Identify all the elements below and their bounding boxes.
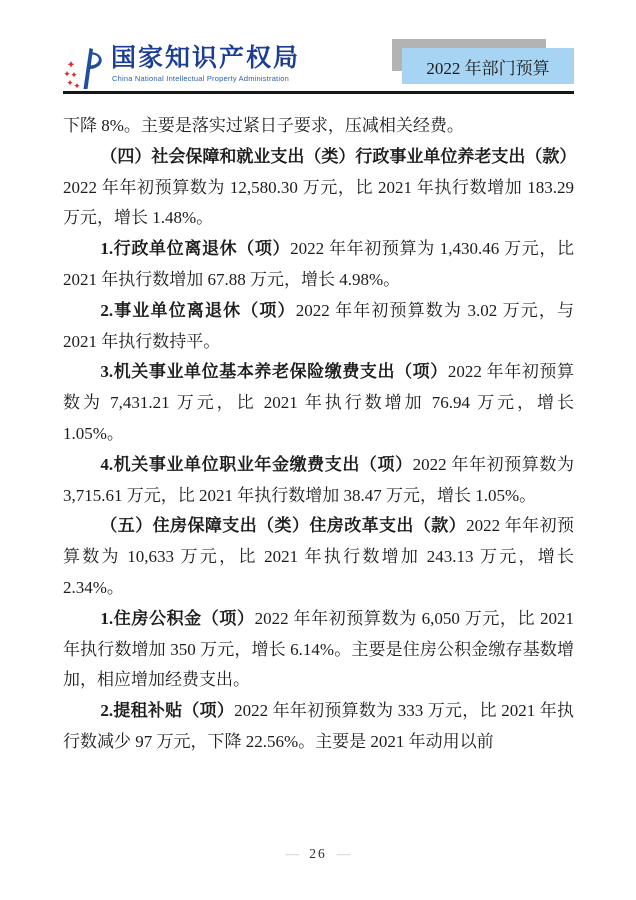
paragraph-heading-bold: 1.住房公积金（项） xyxy=(100,609,254,628)
paragraph: 1.行政单位离退休（项）2022 年年初预算为 1,430.46 万元，比 20… xyxy=(63,234,574,296)
footer-dash-right: — xyxy=(327,846,361,861)
paragraph: 2.事业单位离退休（项）2022 年年初预算数为 3.02 万元，与 2021 … xyxy=(63,296,574,358)
org-name-cn: 国家知识产权局 xyxy=(111,44,300,73)
paragraph-heading-bold: （四）社会保障和就业支出（类）行政事业单位养老支出（款） xyxy=(100,147,576,166)
budget-year-badge: 2022 年部门预算 xyxy=(402,48,574,92)
document-body: 下降 8%。主要是落实过紧日子要求，压减相关经费。 （四）社会保障和就业支出（类… xyxy=(63,111,574,758)
paragraph-heading-bold: 3.机关事业单位基本养老保险缴费支出（项） xyxy=(100,362,447,381)
paragraph: 4.机关事业单位职业年金缴费支出（项）2022 年年初预算数为 3,715.61… xyxy=(63,450,574,512)
paragraph-heading-bold: 1.行政单位离退休（项） xyxy=(100,239,290,258)
logo-text-block: 国家知识产权局 China National Intellectual Prop… xyxy=(111,44,300,84)
paragraph-heading-bold: 2.提租补贴（项） xyxy=(100,701,234,720)
paragraph: （四）社会保障和就业支出（类）行政事业单位养老支出（款）2022 年年初预算数为… xyxy=(63,142,574,234)
badge-label: 2022 年部门预算 xyxy=(426,54,549,79)
paragraph: 1.住房公积金（项）2022 年年初预算数为 6,050 万元，比 2021 年… xyxy=(63,604,574,696)
page-footer: —26— xyxy=(0,846,636,862)
badge-box: 2022 年部门预算 xyxy=(402,48,574,84)
paragraph: 3.机关事业单位基本养老保险缴费支出（项）2022 年年初预算数为 7,431.… xyxy=(63,357,574,449)
org-name-en: China National Intellectual Property Adm… xyxy=(112,74,300,84)
paragraph: 下降 8%。主要是落实过紧日子要求，压减相关经费。 xyxy=(63,111,574,142)
page-header: 国家知识产权局 China National Intellectual Prop… xyxy=(63,44,574,94)
cnipa-logo-icon xyxy=(63,45,105,91)
paragraph-text: 下降 8%。主要是落实过紧日子要求，压减相关经费。 xyxy=(63,116,464,135)
paragraph: 2.提租补贴（项）2022 年年初预算数为 333 万元，比 2021 年执行数… xyxy=(63,696,574,758)
footer-dash-left: — xyxy=(276,846,310,861)
paragraph-heading-bold: （五）住房保障支出（类）住房改革支出（款） xyxy=(100,516,466,535)
paragraph-text: 2022 年年初预算数为 12,580.30 万元，比 2021 年执行数增加 … xyxy=(63,178,574,228)
page-number: 26 xyxy=(309,846,327,861)
cnipa-logo: 国家知识产权局 China National Intellectual Prop… xyxy=(63,44,300,91)
paragraph-heading-bold: 4.机关事业单位职业年金缴费支出（项） xyxy=(100,455,412,474)
paragraph: （五）住房保障支出（类）住房改革支出（款）2022 年年初预算数为 10,633… xyxy=(63,511,574,603)
document-page: 国家知识产权局 China National Intellectual Prop… xyxy=(0,0,636,900)
paragraph-heading-bold: 2.事业单位离退休（项） xyxy=(100,301,295,320)
